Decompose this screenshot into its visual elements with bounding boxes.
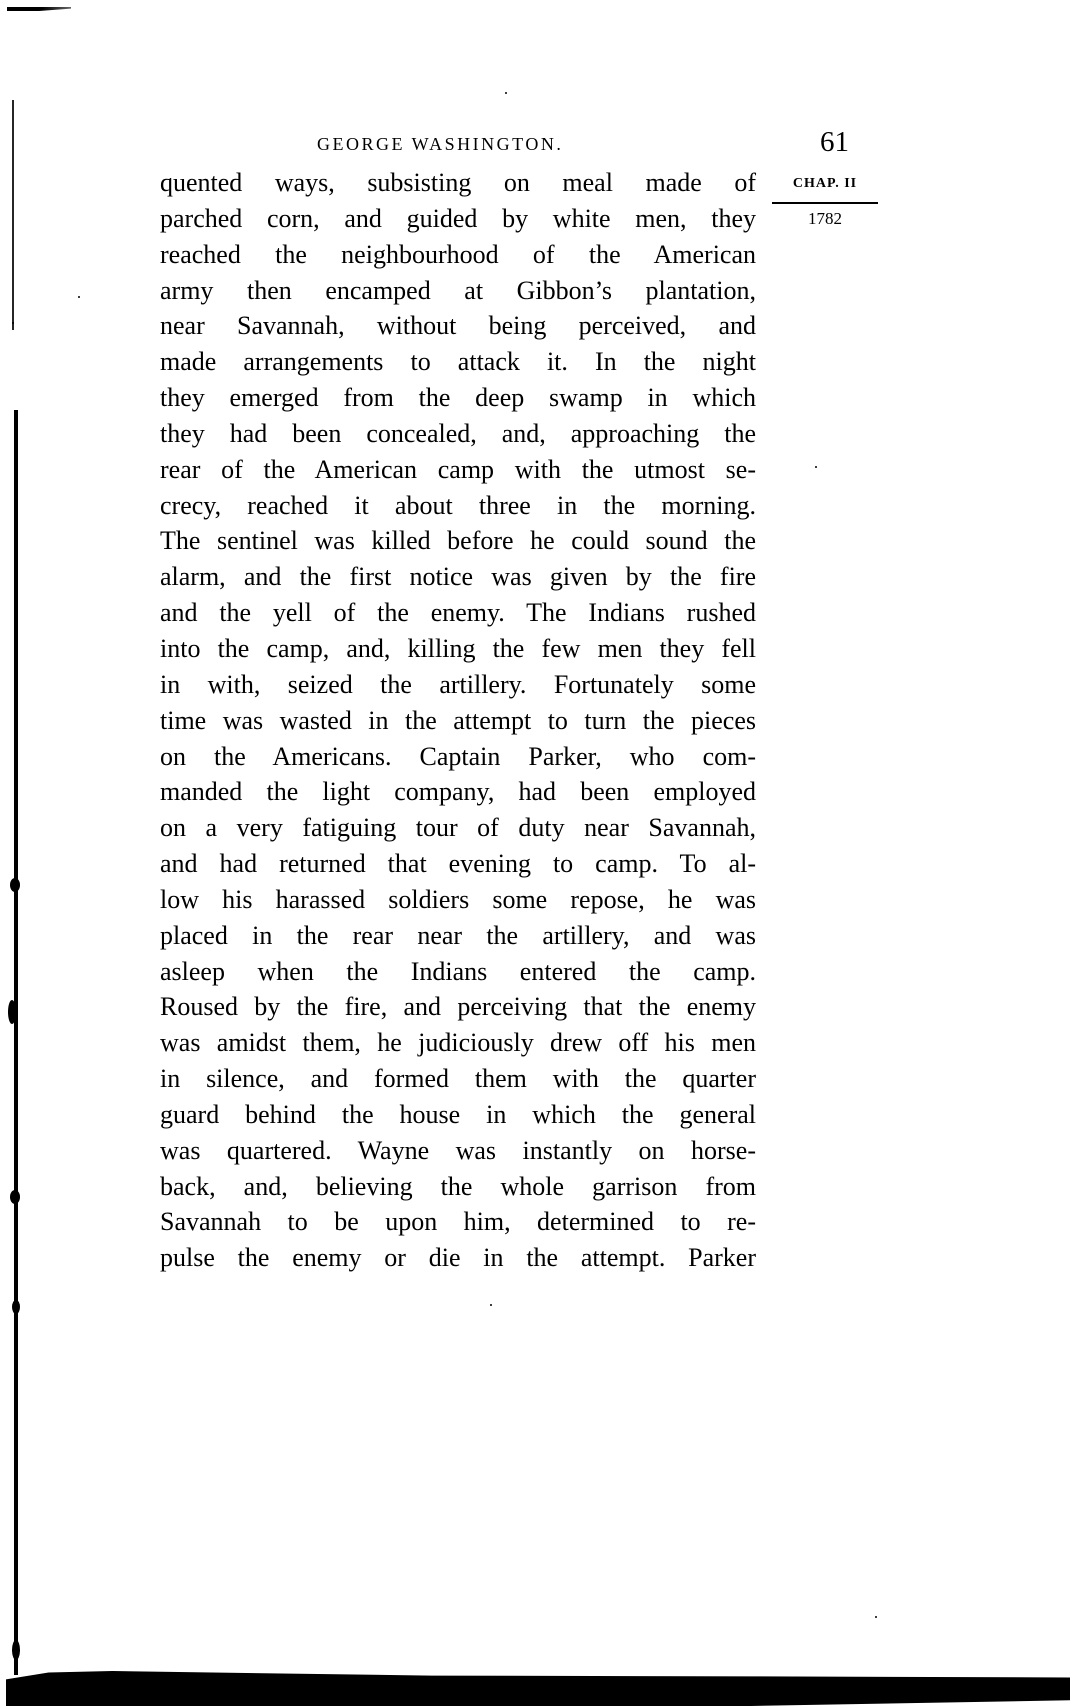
text-line: Roused by the fire, and perceiving that … [160,989,756,1025]
scan-artifact-left-binding [14,410,18,1675]
text-line: placed in the rear near the artillery, a… [160,918,756,954]
text-line: time was wasted in the attempt to turn t… [160,703,756,739]
text-line: on the Americans. Captain Parker, who co… [160,739,756,775]
scan-artifact-dot [12,322,14,324]
scan-artifact-bulge [10,1190,20,1204]
text-line: crecy, reached it about three in the mor… [160,488,756,524]
text-line: rear of the American camp with the utmos… [160,452,756,488]
text-line: was quartered. Wayne was instantly on ho… [160,1133,756,1169]
scan-artifact-dot [815,466,817,468]
text-line: manded the light company, had been emplo… [160,774,756,810]
text-line: asleep when the Indians entered the camp… [160,954,756,990]
running-head: George Washington. 61 [160,126,860,166]
scan-artifact-dot [505,92,507,94]
text-line: into the camp, and, killing the few men … [160,631,756,667]
text-line: back, and, believing the whole garrison … [160,1169,756,1205]
scan-artifact-bulge [12,1640,20,1660]
scan-artifact-bulge [8,1000,16,1024]
text-line: on a very fatiguing tour of duty near Sa… [160,810,756,846]
text-line: made arrangements to attack it. In the n… [160,344,756,380]
text-line: guard behind the house in which the gene… [160,1097,756,1133]
text-line: pulse the enemy or die in the attempt. P… [160,1240,756,1276]
scan-artifact-left-edge [12,100,14,330]
text-line: near Savannah, without being perceived, … [160,308,756,344]
body-text: quented ways, subsisting on meal made of… [160,165,756,1276]
page-number: 61 [820,126,849,159]
book-page: George Washington. 61 CHAP. II 1782 quen… [0,0,1076,1708]
text-line: army then encamped at Gibbon’s plantatio… [160,273,756,309]
scan-artifact-dot [875,1616,877,1618]
running-title: George Washington. [317,134,563,155]
margin-note: CHAP. II 1782 [772,172,878,232]
scan-artifact-top-mark [7,7,71,11]
year-label: 1782 [772,204,878,232]
scan-artifact-bottom-bar [6,1668,1070,1706]
text-line: Savannah to be upon him, determined to r… [160,1204,756,1240]
text-line: in silence, and formed them with the qua… [160,1061,756,1097]
text-line: in with, seized the artillery. Fortunate… [160,667,756,703]
text-line: and had returned that evening to camp. T… [160,846,756,882]
text-line: The sentinel was killed before he could … [160,523,756,559]
text-line: reached the neighbourhood of the America… [160,237,756,273]
scan-artifact-dot [78,296,80,298]
scan-artifact-bulge [12,1300,20,1314]
text-line: was amidst them, he judiciously drew off… [160,1025,756,1061]
text-line: they emerged from the deep swamp in whic… [160,380,756,416]
text-line: alarm, and the first notice was given by… [160,559,756,595]
text-line: they had been concealed, and, approachin… [160,416,756,452]
chapter-label: CHAP. II [772,172,878,204]
scan-artifact-dot [490,1304,492,1306]
text-line: and the yell of the enemy. The Indians r… [160,595,756,631]
text-line: low his harassed soldiers some repose, h… [160,882,756,918]
text-line: quented ways, subsisting on meal made of [160,165,756,201]
text-line: parched corn, and guided by white men, t… [160,201,756,237]
scan-artifact-bulge [10,878,20,892]
